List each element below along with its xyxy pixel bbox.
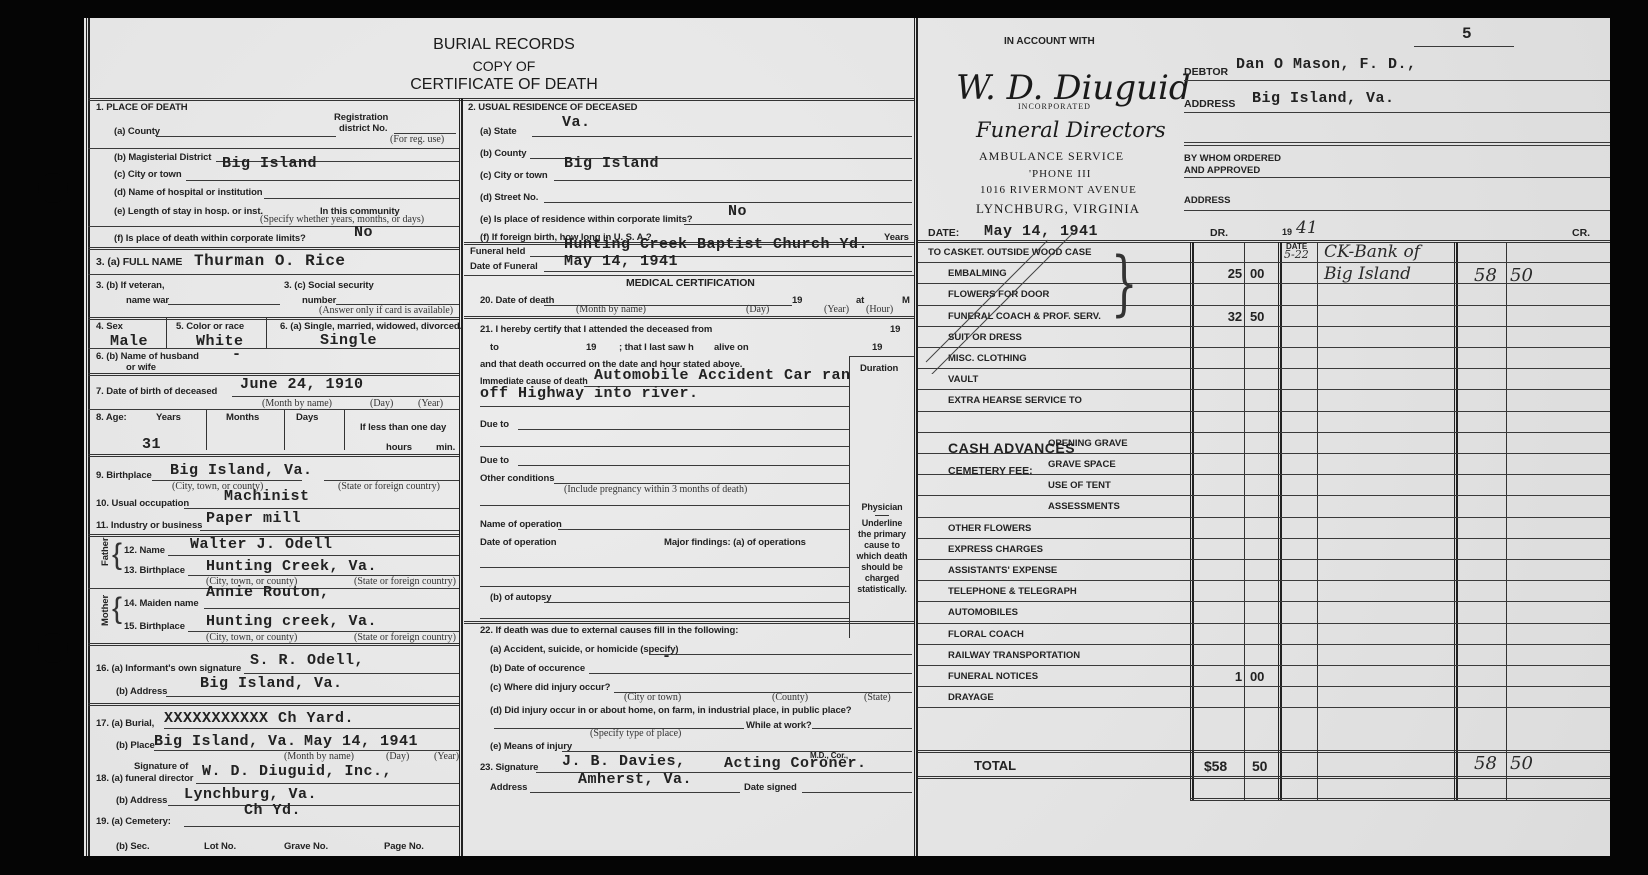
mother-maiden-name-value: Annie Routon, [206, 584, 330, 601]
residence-city-value: Big Island [564, 155, 659, 172]
burial-value: XXXXXXXXXXX Ch Yard. [164, 710, 354, 727]
frame-center-divider [914, 18, 918, 856]
ledger-item-label: RAILWAY TRANSPORTATION [948, 650, 1080, 661]
item-grouping-brace: } [1111, 248, 1138, 318]
doc-certificate: CERTIFICATE OF DEATH [364, 76, 644, 94]
ledger-item-label: ASSISTANTS' EXPENSE [948, 565, 1057, 576]
funeral-date-value: May 14, 1941 [564, 253, 678, 270]
father-name-value: Walter J. Odell [190, 536, 333, 553]
certifier-signature-value: J. B. Davies, [562, 753, 686, 770]
ledger-item-dollars: 25 [1194, 266, 1242, 281]
informant-signature-value: S. R. Odell, [250, 652, 364, 669]
total-label: TOTAL [974, 758, 1016, 773]
doc-title: BURIAL RECORDS [414, 36, 594, 54]
cancellation-strokes [918, 234, 1098, 374]
credit-date-value: 5-22 [1284, 248, 1309, 261]
funeral-held-value: Hunting Creek Baptist Church Yd. [564, 236, 868, 253]
cash-advances-heading: CASH ADVANCES [948, 440, 1075, 456]
certifier-title-value: Acting Coroner. [724, 755, 867, 772]
mother-birthplace-value: Hunting creek, Va. [206, 613, 377, 630]
credit-note-line1: CK-Bank of [1324, 242, 1420, 262]
debtor-value: Dan O Mason, F. D., [1236, 56, 1417, 73]
ledger-item-cents: 00 [1250, 669, 1264, 684]
date-of-birth-value: June 24, 1910 [240, 376, 364, 393]
total-cents: 50 [1252, 758, 1267, 774]
page-number: 5 [1462, 25, 1472, 43]
cause-of-death-line1: Automobile Accident Car ran [594, 367, 851, 384]
physician-note: Physician Underline the primary cause to… [852, 502, 912, 595]
total-credit-cents: 50 [1510, 753, 1533, 774]
ledger-item-label: VAULT [948, 374, 978, 385]
father-birthplace-value: Hunting Creek, Va. [206, 558, 377, 575]
burial-date-value: May 14, 1941 [304, 733, 418, 750]
cemetery-value: Ch Yd. [244, 802, 301, 819]
ledger-item-label: FLORAL COACH [948, 629, 1024, 640]
credit-amount-dollars: 58 [1474, 265, 1497, 286]
burial-place-value: Big Island, Va. [154, 733, 297, 750]
section1-heading: 1. PLACE OF DEATH [96, 102, 188, 113]
father-side-label: Father [100, 538, 111, 566]
mother-side-label: Mother [100, 595, 111, 626]
ledger-item-label: AUTOMOBILES [948, 607, 1018, 618]
debtor-address-value: Big Island, Va. [1252, 90, 1395, 107]
ledger-item-label: DRAYAGE [948, 692, 994, 703]
ledger-item-label: TELEPHONE & TELEGRAPH [948, 586, 1077, 597]
ledger-item-label: OTHER FLOWERS [948, 523, 1031, 534]
full-name-value: Thurman O. Rice [194, 252, 346, 270]
certifier-address-value: Amherst, Va. [578, 771, 692, 788]
industry-value: Paper mill [206, 510, 301, 527]
marital-status-value: Single [320, 332, 377, 349]
funeral-director-value: W. D. Diuguid, Inc., [202, 763, 392, 780]
birthplace-value: Big Island, Va. [170, 462, 313, 479]
ledger-item-label: ASSESSMENTS [1048, 501, 1120, 512]
punch-hole-top [38, 173, 68, 203]
company-subtitle: Funeral Directors [976, 118, 1166, 142]
residence-state-value: Va. [562, 114, 591, 131]
medical-certification-heading: MEDICAL CERTIFICATION [626, 277, 755, 289]
section2-heading: 2. USUAL RESIDENCE OF DECEASED [468, 102, 637, 113]
burial-record-sheet: BURIAL RECORDS COPY OF CERTIFICATE OF DE… [84, 18, 1610, 856]
credit-amount-cents: 50 [1510, 265, 1533, 286]
residence-corporate-limits-value: No [728, 203, 747, 220]
ledger-item-cents: 00 [1250, 266, 1264, 281]
ledger-item-dollars: 32 [1194, 309, 1242, 324]
age-years-value: 31 [142, 436, 161, 453]
punch-hole-bottom [38, 633, 68, 663]
magisterial-district-value: Big Island [222, 155, 317, 172]
ledger-item-label: EXPRESS CHARGES [948, 544, 1043, 555]
funeral-director-address-value: Lynchburg, Va. [184, 786, 317, 803]
ledger-item-label: USE OF TENT [1048, 480, 1111, 491]
informant-address-value: Big Island, Va. [200, 675, 343, 692]
ledger-item-cents: 50 [1250, 309, 1264, 324]
ledger-item-dollars: 1 [1194, 669, 1242, 684]
ledger-item-label: FUNERAL NOTICES [948, 671, 1038, 682]
total-dollars: $58 [1204, 758, 1227, 774]
total-credit-dollars: 58 [1474, 753, 1497, 774]
ledger-item-label: EXTRA HEARSE SERVICE TO [948, 395, 1082, 406]
occurrence-date-value: - [662, 648, 672, 665]
frame-left [86, 18, 90, 856]
doc-copy-of: COPY OF [414, 58, 594, 74]
death-corporate-limits-value: No [354, 224, 373, 241]
cause-of-death-line2: off Highway into river. [480, 385, 699, 402]
account-year-handwritten: 41 [1296, 218, 1318, 238]
left-column-divider [459, 98, 463, 856]
occupation-value: Machinist [224, 488, 310, 505]
spouse-value: - [232, 346, 242, 363]
credit-note-line2: Big Island [1324, 264, 1411, 284]
ledger-item-label: GRAVE SPACE [1048, 459, 1116, 470]
